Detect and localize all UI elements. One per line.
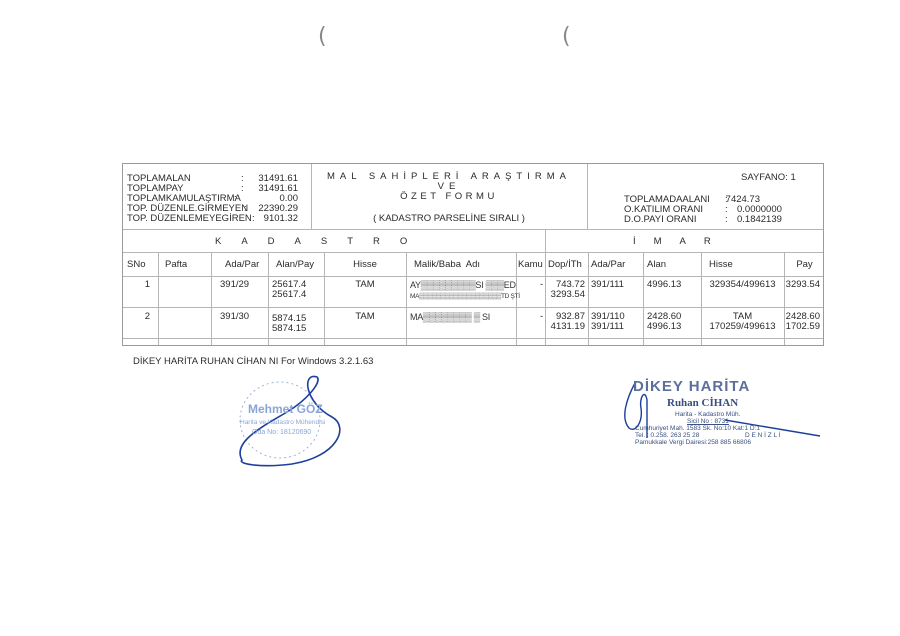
summary-value: 9101.32: [264, 214, 298, 225]
col-hisse: Hisse: [324, 260, 406, 271]
cell-pay: 25617.4: [272, 290, 306, 301]
cell-hisse: TAM: [324, 312, 406, 323]
software-footer: DİKEY HARİTA RUHAN CİHAN NI For Windows …: [133, 356, 373, 367]
col-alan-pay: Alan/Pay: [276, 260, 314, 271]
cell-pay: 5874.15: [272, 324, 306, 335]
cell-malik-redacted: AY▒▒▒▒▒▒▒▒▒SI ▒▒▒ED: [410, 280, 516, 291]
engineer-stamp: Mehmet GÖZ Harita ve Kadastro Mühendisi …: [232, 372, 352, 467]
cell-imar-hisse: 329354/499613: [701, 280, 784, 291]
cell-imar-alan: 4996.13: [647, 322, 681, 333]
summary-value: 0.1842139: [737, 215, 782, 226]
cell-ith: 4131.19: [551, 322, 585, 333]
summary-sep: :: [725, 215, 728, 226]
cell-kamu: -: [540, 312, 543, 323]
summary-form-table: TOPLAMALAN TOPLAMPAY TOPLAMKAMULAŞTIRMA …: [122, 163, 824, 346]
summary-sep: :: [244, 204, 247, 215]
cell-imar-ada-par: 391/111: [591, 280, 624, 291]
punch-hole-mark: (: [562, 24, 571, 49]
col-pafta: Pafta: [165, 260, 187, 271]
cell-ada-par: 391/29: [220, 280, 249, 291]
cell-malik-redacted: MA▒▒▒▒▒▒▒▒ ▒ SI: [410, 312, 490, 323]
cell-ada-par: 391/30: [220, 312, 249, 323]
stamp-reg: Oda No: 18120690: [252, 428, 311, 439]
stamp-company: DİKEY HARİTA: [633, 382, 750, 393]
col-imar-alan: Alan: [647, 260, 666, 271]
summary-label: TOP. DÜZENLEMEYEGİREN: [127, 214, 252, 225]
col-sno: SNo: [127, 260, 145, 271]
section-imar: İMAR: [633, 237, 729, 248]
cell-imar-pay: 3293.54: [786, 280, 820, 291]
section-kadastro: KADASTRO: [215, 237, 427, 248]
stamp-person: Ruhan CİHAN: [667, 398, 738, 409]
col-imar-ada-par: Ada/Par: [591, 260, 625, 271]
cell-imar-hisse: 170259/499613: [701, 322, 784, 333]
cell-hisse: TAM: [324, 280, 406, 291]
cell-imar-alan: 4996.13: [647, 280, 681, 291]
stamp-name: Mehmet GÖZ: [248, 404, 323, 415]
title-subtitle: ( KADASTRO PARSELİNE SIRALI ): [311, 214, 587, 225]
company-stamp: DİKEY HARİTA Ruhan CİHAN Harita - Kadast…: [605, 378, 830, 453]
summary-sep: :: [252, 214, 255, 225]
col-imar-pay: Pay: [784, 260, 825, 271]
cell-sno: 1: [145, 280, 150, 291]
stamp-title: Harita ve Kadastro Mühendisi: [240, 418, 325, 429]
col-malik: Malik/Baba Adı: [414, 260, 480, 271]
cell-sno: 2: [145, 312, 150, 323]
cell-kamu: -: [540, 280, 543, 291]
punch-hole-mark: (: [318, 24, 327, 49]
col-kamu: Kamu: [518, 260, 543, 271]
col-ada-par: Ada/Par: [225, 260, 259, 271]
cell-malik-redacted: MA▒▒▒▒▒▒▒▒▒▒▒▒▒▒▒▒▒▒▒TD ŞTİ: [410, 292, 520, 303]
title-line-3: ÖZET FORMU: [311, 192, 587, 203]
page-number: SAYFANO: 1: [741, 173, 796, 184]
stamp-tax: Pamukkale Vergi Dairesi:258 885 66806: [635, 438, 751, 449]
cell-imar-pay: 1702.59: [786, 322, 820, 333]
col-imar-hisse: Hisse: [709, 260, 733, 271]
summary-label: D.O.PAYI ORANI: [624, 215, 697, 226]
col-dop-ith: Dop/İTh: [548, 260, 582, 271]
summary-sep: :: [234, 194, 237, 205]
cell-ith: 3293.54: [551, 290, 585, 301]
summary-sep: :: [241, 184, 244, 195]
cell-imar-ada-par: 391/111: [591, 322, 624, 333]
